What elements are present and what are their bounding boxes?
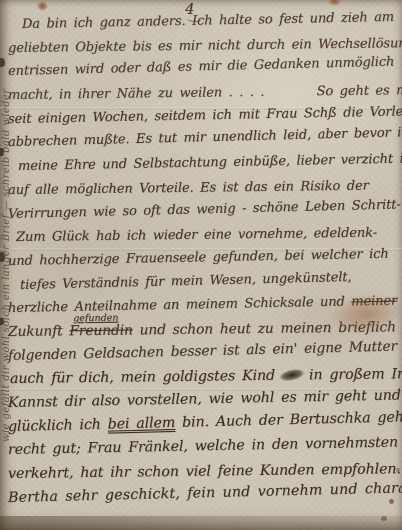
letter-page: 4 wie gefällt dir wohl solch ein langer … [0, 0, 402, 530]
text-run: Da bin ich ganz anders. Ich halte so fes… [22, 10, 394, 32]
text-run: abbrechen mußte. Es tut mir unendlich le… [8, 125, 402, 150]
text-run: recht gut; Frau Fränkel, welche in den v… [8, 434, 402, 459]
letter-body: Da bin ich ganz anders. Ich halte so fes… [8, 13, 400, 510]
text-run: auch für dich, mein goldigstes Kind [10, 368, 275, 387]
text-run: Freundingefunden [69, 322, 133, 339]
bottom-edge-shadow [0, 516, 402, 530]
text-run: in großem Interesse — [309, 366, 402, 384]
ink-spot [381, 516, 387, 521]
text-run: meiner [351, 294, 397, 310]
text-run: bei allem [107, 415, 175, 433]
text-run: Zum Glück hab ich wieder eine vornehme, … [16, 226, 377, 245]
text-run: herzliche Anteilnahme an meinem Schicksa… [8, 295, 352, 317]
text-run: tiefes Verständnis für mein Wesen, ungek… [20, 269, 352, 292]
ink-spot [328, 0, 341, 6]
inserted-word: gefunden [73, 314, 118, 324]
text-run: entrissen wird oder daß es mir die Gedan… [8, 55, 395, 79]
text-run: meine Ehre und Selbstachtung einbüße, li… [18, 151, 402, 174]
text-run: bin. Auch der Bertuschka geht es [175, 408, 402, 430]
text-run: glücklich ich [8, 416, 108, 434]
text-run: macht, in ihrer Nähe zu weilen . . . . S… [8, 83, 402, 103]
text-run: Verirrungen wie so oft das wenig - schön… [8, 197, 401, 222]
ink-blot [278, 367, 306, 383]
ink-spot [37, 1, 48, 11]
text-run: Zukunft [8, 323, 70, 340]
